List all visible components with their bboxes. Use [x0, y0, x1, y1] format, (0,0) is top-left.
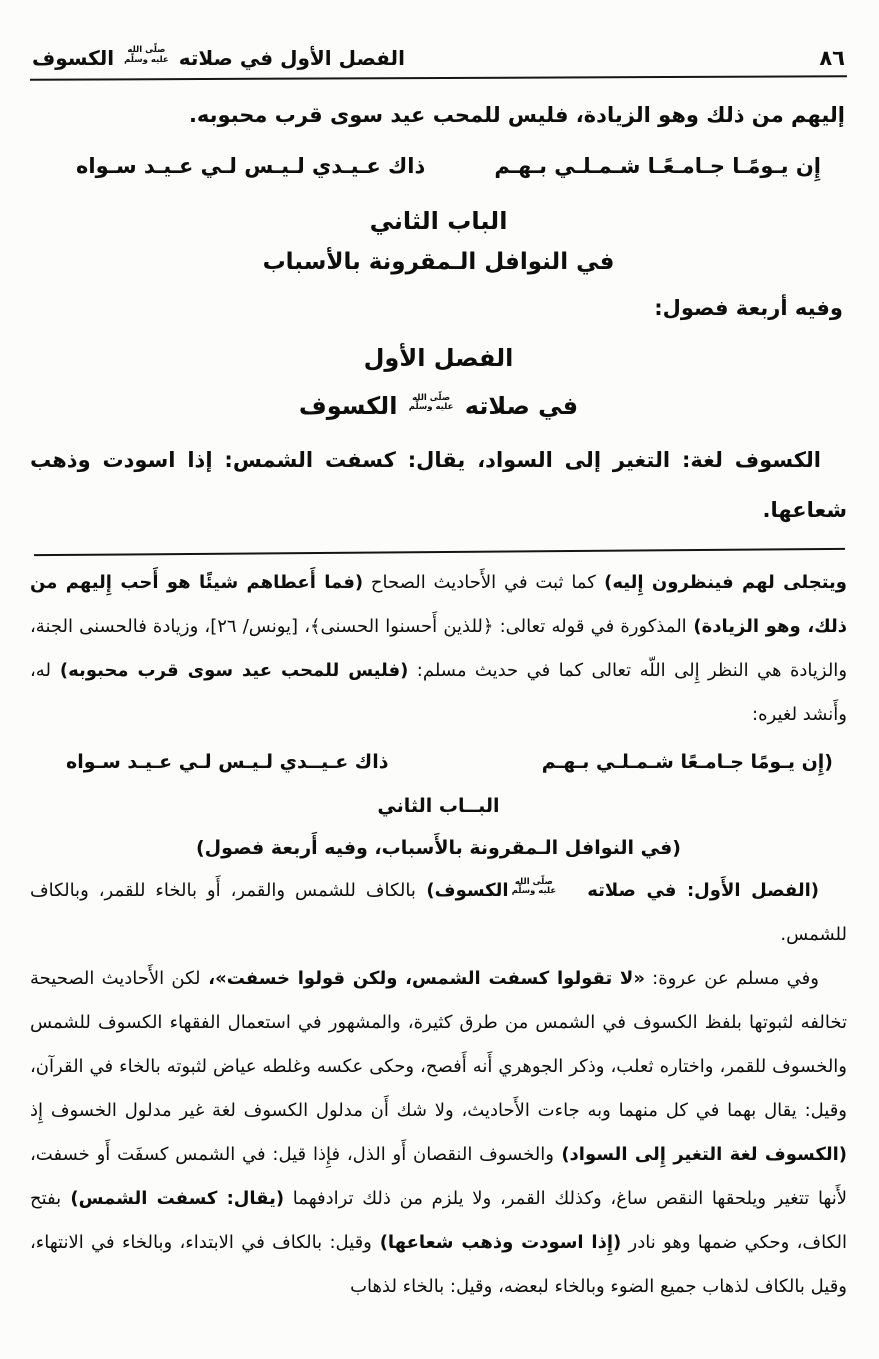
poem-hemistich-left: ذاك عـيـدي لـيـس لـي عـيـد سـواه: [76, 142, 425, 191]
poem-hemistich-right: إِن يـومًـا جـامـعًـا شـمـلـي بـهـم: [494, 142, 821, 191]
poem-hemistich-left: ذاك عـيــدي لـيـس لـي عـيـد سـواه: [66, 739, 388, 785]
section-subheading-after: الكسوف: [299, 392, 398, 420]
section-subheading-before: في صلاته: [465, 392, 578, 420]
commentary-paragraph: وفي مسلم عن عروة: «لا تقولوا كسفت الشمس،…: [30, 957, 847, 1309]
section-heading: الفصل الأول: [30, 337, 847, 379]
commentary-chapter-heading: البــاب الثاني: [30, 785, 847, 827]
running-header: ٨٦ الفصل الأول في صلاته صلّى الله عليه و…: [30, 46, 847, 70]
header-title: الفصل الأول في صلاته صلّى الله عليه وسلّ…: [32, 46, 405, 70]
header-title-before: الفصل الأول في صلاته: [179, 46, 405, 70]
commentary-text: لكن الأَحاديث الصحيحة تخالفه لثبوتها بلف…: [30, 968, 847, 1121]
header-rule: [30, 75, 847, 81]
matn-continuation-line: إليهم من ذلك وهو الزيادة، فليس للمحب عيد…: [30, 91, 845, 140]
commentary-text: وفي مسلم عن عروة:: [645, 968, 819, 989]
matn-quote-text: (يقال: كسفت الشمس): [61, 1188, 284, 1209]
pbuh-honorific: صلّى الله عليه وسلّم: [124, 46, 169, 65]
pbuh-honorific: صلّى اللهعليه وسلّم: [512, 878, 585, 897]
chapter-subheading: في النوافل الـمقرونة بالأسباب: [30, 241, 847, 283]
matn-quote-text: (فليس للمحب عيد سوى قرب محبوبه): [51, 660, 408, 681]
commentary-chapter-subheading: (في النوافل الـمقرونة بالأَسباب، وفيه أَ…: [30, 827, 847, 869]
header-title-after: الكسوف: [32, 46, 114, 70]
matn-quote-text: الكسوف): [416, 880, 509, 901]
page-number: ٨٦: [819, 46, 845, 70]
pbuh-honorific: صلّى الله عليه وسلّم: [409, 394, 454, 413]
section-subheading: في صلاته صلّى الله عليه وسلّم الكسوف: [30, 381, 847, 431]
matn-sharh-divider: [34, 548, 845, 556]
commentary-paragraph: ويتجلى لهم فينظرون إِليه) كما ثبت في الأ…: [30, 561, 847, 737]
matn-poem-verse: إِن يـومًـا جـامـعًـا شـمـلـي بـهـم ذاك …: [30, 142, 847, 191]
matn-quote-text: (الكسوف لغة التغير إِلى السواد): [554, 1144, 847, 1165]
matn-section: إليهم من ذلك وهو الزيادة، فليس للمحب عيد…: [30, 91, 847, 535]
matn-quote-text: ويتجلى لهم فينظرون إِليه): [596, 572, 847, 593]
matn-quote-text: (إِذا اسودت وذهب شعاعها): [372, 1232, 621, 1253]
poem-hemistich-right: (إِن يـومًا جـامـعًا شـمـلـي بـهـم: [542, 739, 833, 785]
commentary-text: كما ثبت في الأَحاديث الصحاح: [363, 572, 596, 593]
commentary-poem-verse: (إِن يـومًا جـامـعًا شـمـلـي بـهـم ذاك ع…: [30, 739, 847, 785]
matn-quote-text: «لا تقولوا كسفت الشمس، ولكن قولوا خسفت»،: [201, 968, 645, 989]
chapter-heading: الباب الثاني: [30, 201, 847, 241]
commentary-paragraph: (الفصل الأَول: في صلاتهصلّى اللهعليه وسل…: [30, 869, 847, 957]
commentary-section: ويتجلى لهم فينظرون إِليه) كما ثبت في الأ…: [30, 561, 847, 1309]
fusul-note: وفيه أربعة فصول:: [30, 285, 843, 331]
matn-paragraph: الكسوف لغة: التغير إلى السواد، يقال: كسف…: [30, 435, 847, 535]
matn-quote-text: (الفصل الأَول: في صلاته: [587, 880, 819, 901]
book-page-scan: ٨٦ الفصل الأول في صلاته صلّى الله عليه و…: [0, 0, 879, 1359]
